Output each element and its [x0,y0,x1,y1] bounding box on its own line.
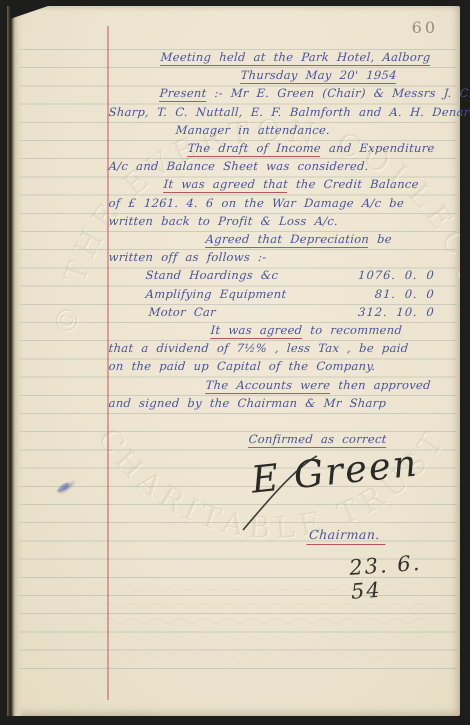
page-number: 60 [412,18,438,37]
minute-line: written back to Profit & Loss A/c. [108,213,457,231]
minute-line: A/c and Balance Sheet was considered. [108,158,457,176]
handwritten-minutes: Meeting held at the Park Hotel, AalborgT… [108,49,456,629]
amount-value: 312. 10. 0 [358,303,436,321]
minute-line: The Accounts were then approved [108,377,457,395]
scanned-minute-book-page: © THE EVERTON COLLECTION CHARITABLE TRUS… [0,0,470,725]
page-corner-shadow [10,6,48,19]
minute-line: of £ 1261. 4. 6 on the War Damage A/c be [108,195,457,213]
minute-line: Sharp, T. C. Nuttall, E. F. Balmforth an… [108,104,457,122]
paper-page: © THE EVERTON COLLECTION CHARITABLE TRUS… [7,6,460,716]
amount-value: 1076. 0. 0 [358,267,436,285]
minute-line: Present :- Mr E. Green (Chair) & Messrs … [108,85,457,103]
minute-line: The draft of Income and Expenditure [108,140,457,158]
minute-line: Agreed that Depreciation be [108,231,457,249]
minute-line: and signed by the Chairman & Mr Sharp [108,395,457,413]
chairman-label: Chairman. [306,527,386,545]
confirmation-date: 23. 6. 54 [348,548,461,604]
minute-line: that a dividend of 7½% , less Tax , be p… [108,340,457,358]
minute-line: It was agreed that the Credit Balance [108,176,457,194]
minute-line: Thursday May 20' 1954 [108,67,457,85]
minute-line: written off as follows :- [108,249,457,267]
minute-line: on the paid up Capital of the Company. [108,358,457,376]
minute-line: Stand Hoardings &c1076. 0. 0 [108,267,457,285]
minute-line: Amplifying Equipment81. 0. 0 [108,286,457,304]
binding-edge [7,6,23,716]
amount-value: 81. 0. 0 [374,285,435,303]
minute-line: Meeting held at the Park Hotel, Aalborg [108,49,457,67]
minute-line: Manager in attendance. [108,122,457,140]
minute-line: It was agreed to recommend [108,322,457,340]
minute-line: Motor Car312. 10. 0 [108,304,457,322]
